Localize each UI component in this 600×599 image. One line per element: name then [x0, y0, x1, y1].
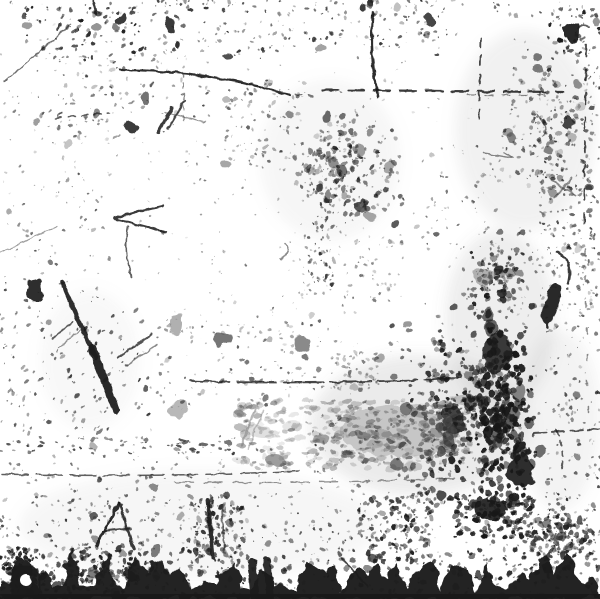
grunge-texture-svg — [0, 0, 600, 599]
grunge-texture-image — [0, 0, 600, 599]
